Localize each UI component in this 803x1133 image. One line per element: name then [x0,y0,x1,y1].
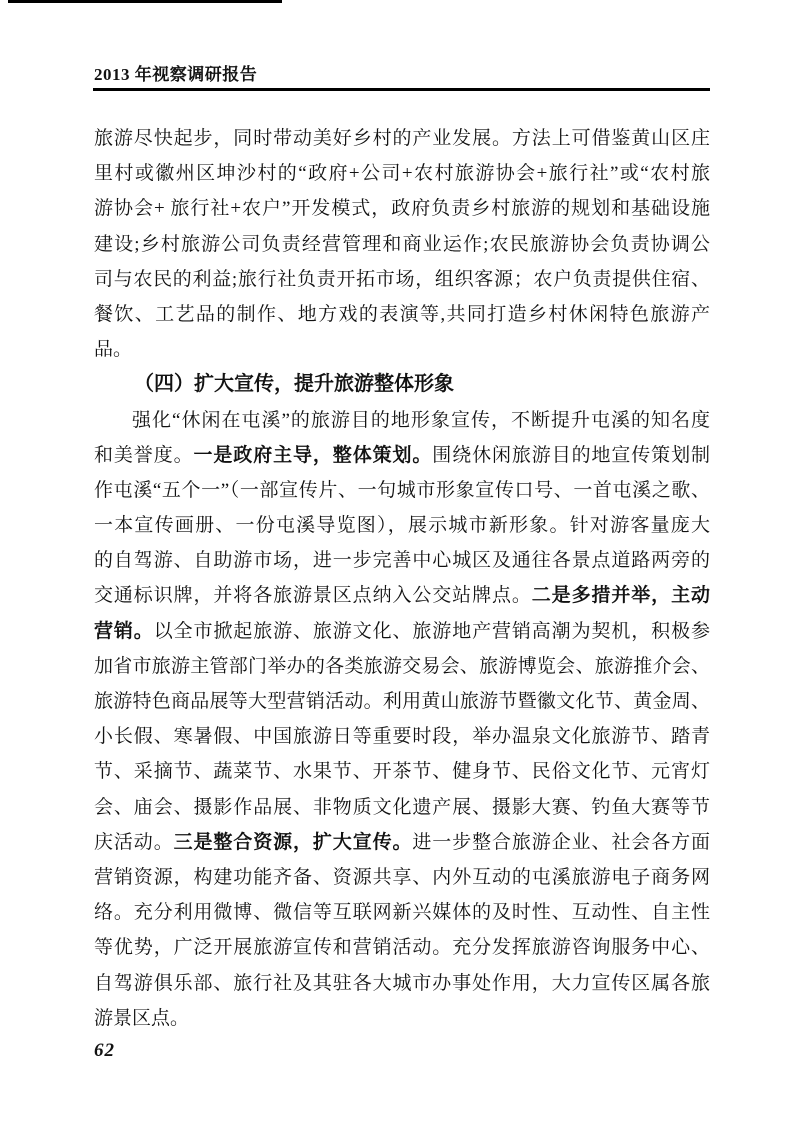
text-line: 和美誉度。一是政府主导，整体策划。围绕休闲旅游目的地宣传策划制 [94,438,710,473]
text-line: 一本宣传画册、一份屯溪导览图），展示城市新形象。针对游客量庞大 [94,508,710,543]
text-segment: 加省市旅游主管部门举办的各类旅游交易会、旅游博览会、旅游推介会、 [94,656,710,677]
text-segment: 围绕休闲旅游目的地宣传策划制 [432,445,710,466]
text-segment: 自驾游俱乐部、旅行社及其驻各大城市办事处作用，大力宣传区属各旅 [94,973,710,994]
text-line: 餐饮、工艺品的制作、地方戏的表演等,共同打造乡村休闲特色旅游产 [94,297,710,332]
text-line: 节、采摘节、蔬菜节、水果节、开茶节、健身节、民俗文化节、元宵灯 [94,754,710,789]
text-segment: 品。 [94,339,132,360]
text-line: 游协会+ 旅行社+农户”开发模式，政府负责乡村旅游的规划和基础设施 [94,191,710,226]
text-line: 加省市旅游主管部门举办的各类旅游交易会、旅游博览会、旅游推介会、 [94,649,710,684]
bold-text-segment: 二是多措并举，主动 [532,585,710,606]
paragraph-1: 旅游尽快起步，同时带动美好乡村的产业发展。方法上可借鉴黄山区庄里村或徽州区坤沙村… [94,121,710,367]
text-segment: 和美誉度。 [94,445,194,466]
text-segment: 旅游特色商品展等大型营销活动。利用黄山旅游节暨徽文化节、黄金周、 [94,691,710,712]
text-line: 等优势，广泛开展旅游宣传和营销活动。充分发挥旅游咨询服务中心、 [94,930,710,965]
text-line: 自驾游俱乐部、旅行社及其驻各大城市办事处作用，大力宣传区属各旅 [94,966,710,1001]
bold-text-segment: 一是政府主导，整体策划。 [194,445,433,466]
text-segment: 进一步整合旅游企业、社会各方面 [412,832,710,853]
bold-text-segment: 三是整合资源，扩大宣传。 [174,832,413,853]
text-segment: 游景区点。 [94,1008,189,1029]
text-segment: 里村或徽州区坤沙村的“政府+公司+农村旅游协会+旅行社”或“农村旅 [94,163,710,184]
text-segment: 营销资源，构建功能齐备、资源共享、内外互动的屯溪旅游电子商务网 [94,867,710,888]
section-heading: （四）扩大宣传，提升旅游整体形象 [94,367,710,402]
text-line: 作屯溪“五个一”（一部宣传片、一句城市形象宣传口号、一首屯溪之歌、 [94,473,710,508]
text-line: 旅游特色商品展等大型营销活动。利用黄山旅游节暨徽文化节、黄金周、 [94,684,710,719]
text-line: 旅游尽快起步，同时带动美好乡村的产业发展。方法上可借鉴黄山区庄 [94,121,710,156]
document-page: 2013 年视察调研报告 旅游尽快起步，同时带动美好乡村的产业发展。方法上可借鉴… [0,0,803,1133]
text-segment: 交通标识牌，并将各旅游景区点纳入公交站牌点。 [94,585,532,606]
text-segment: 司与农民的利益;旅行社负责开拓市场，组织客源；农户负责提供住宿、 [94,269,710,290]
text-segment: 会、庙会、摄影作品展、非物质文化遗产展、摄影大赛、钓鱼大赛等节 [94,797,710,818]
header-rule [93,88,710,91]
text-line: 营销。以全市掀起旅游、旅游文化、旅游地产营销高潮为契机，积极参 [94,614,710,649]
text-segment: 的自驾游、自助游市场，进一步完善中心城区及通往各景点道路两旁的 [94,550,710,571]
paragraph-2: 强化“休闲在屯溪”的旅游目的地形象宣传，不断提升屯溪的知名度和美誉度。一是政府主… [94,403,710,1036]
page-number: 62 [94,1040,115,1062]
text-segment: 作屯溪“五个一”（一部宣传片、一句城市形象宣传口号、一首屯溪之歌、 [94,480,710,501]
text-line: 会、庙会、摄影作品展、非物质文化遗产展、摄影大赛、钓鱼大赛等节 [94,790,710,825]
text-segment: 建设;乡村旅游公司负责经营管理和商业运作;农民旅游协会负责协调公 [94,234,710,255]
body-text: 旅游尽快起步，同时带动美好乡村的产业发展。方法上可借鉴黄山区庄里村或徽州区坤沙村… [94,121,710,1036]
text-segment: 等优势，广泛开展旅游宣传和营销活动。充分发挥旅游咨询服务中心、 [94,937,710,958]
text-segment: 络。充分利用微博、微信等互联网新兴媒体的及时性、互动性、自主性 [94,902,710,923]
text-segment: 一本宣传画册、一份屯溪导览图），展示城市新形象。针对游客量庞大 [94,515,710,536]
text-line: 营销资源，构建功能齐备、资源共享、内外互动的屯溪旅游电子商务网 [94,860,710,895]
header-title: 2013 年视察调研报告 [94,60,257,85]
scan-artifact [8,0,282,3]
text-line: 游景区点。 [94,1001,710,1036]
text-line: 络。充分利用微博、微信等互联网新兴媒体的及时性、互动性、自主性 [94,895,710,930]
text-segment: 节、采摘节、蔬菜节、水果节、开茶节、健身节、民俗文化节、元宵灯 [94,761,710,782]
text-line: 交通标识牌，并将各旅游景区点纳入公交站牌点。二是多措并举，主动 [94,578,710,613]
text-line: 建设;乡村旅游公司负责经营管理和商业运作;农民旅游协会负责协调公 [94,227,710,262]
bold-text-segment: 营销。 [94,621,154,642]
text-segment: 庆活动。 [94,832,174,853]
text-line: 小长假、寒暑假、中国旅游日等重要时段，举办温泉文化旅游节、踏青 [94,719,710,754]
text-segment: 餐饮、工艺品的制作、地方戏的表演等,共同打造乡村休闲特色旅游产 [94,304,710,325]
text-line: 品。 [94,332,710,367]
text-segment: 游协会+ 旅行社+农户”开发模式，政府负责乡村旅游的规划和基础设施 [94,198,710,219]
text-line: 司与农民的利益;旅行社负责开拓市场，组织客源；农户负责提供住宿、 [94,262,710,297]
text-line: 里村或徽州区坤沙村的“政府+公司+农村旅游协会+旅行社”或“农村旅 [94,156,710,191]
text-segment: 强化“休闲在屯溪”的旅游目的地形象宣传，不断提升屯溪的知名度 [132,410,710,431]
text-line: 庆活动。三是整合资源，扩大宣传。进一步整合旅游企业、社会各方面 [94,825,710,860]
text-segment: 旅游尽快起步，同时带动美好乡村的产业发展。方法上可借鉴黄山区庄 [94,128,710,149]
text-segment: 小长假、寒暑假、中国旅游日等重要时段，举办温泉文化旅游节、踏青 [94,726,710,747]
text-line: 强化“休闲在屯溪”的旅游目的地形象宣传，不断提升屯溪的知名度 [94,403,710,438]
text-segment: 以全市掀起旅游、旅游文化、旅游地产营销高潮为契机，积极参 [154,621,710,642]
text-line: 的自驾游、自助游市场，进一步完善中心城区及通往各景点道路两旁的 [94,543,710,578]
